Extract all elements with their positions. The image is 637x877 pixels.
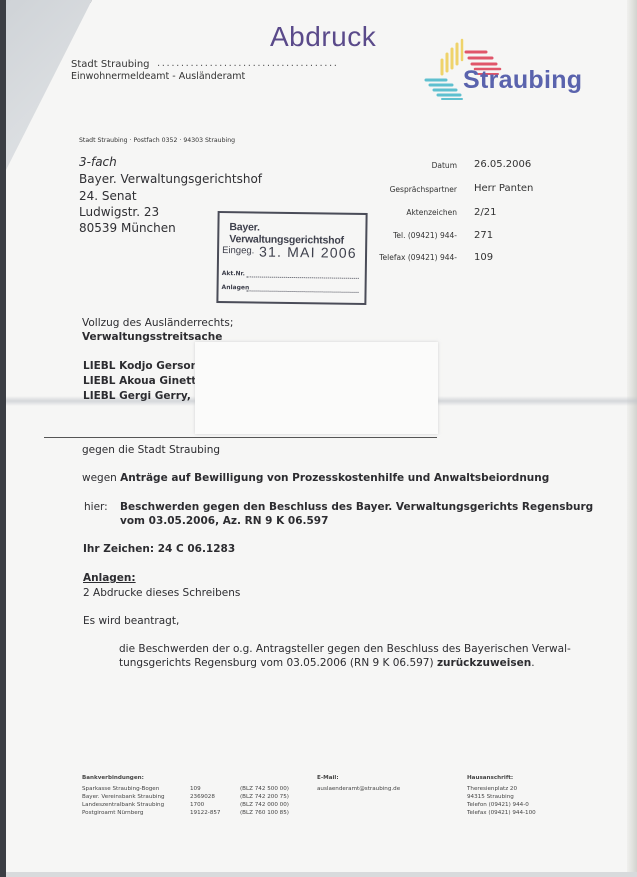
address-line: Theresienplatz 20 — [467, 785, 536, 793]
bank-name: Postgiroamt Nürnberg — [82, 809, 165, 817]
address-line: 94315 Straubing — [467, 793, 536, 801]
attachments-text: 2 Abdrucke dieses Schreibens — [83, 587, 240, 599]
bank-codes: (BLZ 742 500 00) (BLZ 742 200 75) (BLZ 7… — [240, 785, 289, 817]
hier-label: hier: — [84, 501, 108, 513]
letter-page — [6, 0, 637, 872]
abdruck-stamp: Abdruck — [270, 21, 376, 53]
bank-account: 2369028 — [190, 793, 221, 801]
info-value-contact: Herr Panten — [474, 183, 533, 194]
subject-line: Vollzug des Ausländerrechts; — [82, 317, 233, 329]
address-line: Telefax (09421) 944-100 — [467, 809, 536, 817]
attachments-label: Anlagen: — [83, 572, 136, 584]
sender-department: Einwohnermeldeamt - Ausländeramt — [71, 71, 245, 82]
bank-code: (BLZ 742 000 00) — [240, 801, 289, 809]
bank-code: (BLZ 760 100 85) — [240, 809, 289, 817]
info-value-datum: 26.05.2006 — [474, 159, 531, 170]
stamp-file-line — [247, 270, 359, 279]
email-label: E-Mail: — [317, 775, 339, 781]
bank-name: Landeszentralbank Straubing — [82, 801, 165, 809]
received-stamp: Bayer. Verwaltungsgerichtshof Eingeg. 31… — [216, 211, 367, 305]
request-decision: zurückzuweisen — [437, 657, 531, 669]
info-label-datum: Datum — [327, 161, 457, 170]
info-label-contact: Gesprächspartner — [327, 185, 457, 194]
address-line: Telefon (09421) 944-0 — [467, 801, 536, 809]
email-address: auslaenderamt@straubing.de — [317, 785, 400, 793]
bank-names: Sparkasse Straubing-Bogen Bayer. Vereins… — [82, 785, 165, 817]
sender-name: Stadt Straubing — [71, 59, 150, 70]
request-line2-text: tungsgerichts Regensburg vom 03.05.2006 … — [119, 657, 437, 669]
request-intro: Es wird beantragt, — [83, 615, 179, 627]
recipient-line: Bayer. Verwaltungsgerichtshof — [79, 172, 262, 186]
recipient-line: Ludwigstr. 23 — [79, 205, 159, 219]
bank-account: 1700 — [190, 801, 221, 809]
bank-code: (BLZ 742 200 75) — [240, 793, 289, 801]
party-name: LIEBL Akoua Ginette, — [83, 375, 207, 387]
page-edge — [627, 0, 637, 872]
bank-name: Bayer. Vereinsbank Straubing — [82, 793, 165, 801]
bank-accounts: 109 2369028 1700 19122-857 — [190, 785, 221, 817]
request-period: . — [531, 657, 534, 669]
separator-line — [44, 437, 437, 438]
recipient-line: 24. Senat — [79, 189, 137, 203]
stamp-received-label: Eingeg. — [222, 245, 254, 256]
bank-account: 19122-857 — [190, 809, 221, 817]
against-line: gegen die Stadt Straubing — [82, 444, 220, 456]
hier-text-line2: vom 03.05.2006, Az. RN 9 K 06.597 — [120, 515, 328, 527]
your-reference: Ihr Zeichen: 24 C 06.1283 — [83, 543, 235, 555]
bank-code: (BLZ 742 500 00) — [240, 785, 289, 793]
postal-return-line: Stadt Straubing · Postfach 0352 · 94303 … — [79, 137, 235, 144]
page-bottom-edge — [6, 872, 637, 877]
bank-label: Bankverbindungen: — [82, 775, 144, 781]
logo-wordmark: Straubing — [463, 66, 582, 95]
bank-account: 109 — [190, 785, 221, 793]
stamp-received-date: 31. MAI 2006 — [259, 244, 357, 261]
wegen-prefix: wegen — [82, 472, 117, 484]
request-line1: die Beschwerden der o.g. Antragsteller g… — [119, 643, 571, 655]
stamp-attachments-label: Anlagen — [222, 284, 250, 291]
scan-border — [0, 0, 6, 877]
party-name: LIEBL Kodjo Gerson, g — [83, 360, 213, 372]
recipient-line: 80539 München — [79, 221, 176, 235]
copies-note: 3-fach — [79, 155, 117, 169]
info-value-file: 2/21 — [474, 207, 496, 218]
sender-dots: ...................................... — [157, 58, 339, 69]
wegen-line: wegen Anträge auf Bewilligung von Prozes… — [82, 472, 549, 484]
info-value-fax: 109 — [474, 252, 493, 263]
wegen-text: Anträge auf Bewilligung von Prozesskoste… — [120, 472, 549, 484]
hier-text-line1: Beschwerden gegen den Beschluss des Baye… — [120, 501, 593, 513]
bank-name: Sparkasse Straubing-Bogen — [82, 785, 165, 793]
stamp-file-label: Akt.Nr. — [222, 270, 245, 277]
info-value-phone: 271 — [474, 230, 493, 241]
request-line2: tungsgerichts Regensburg vom 03.05.2006 … — [119, 657, 535, 669]
address-label: Hausanschrift: — [467, 775, 513, 781]
stamp-attachments-line — [247, 284, 359, 293]
office-address: Theresienplatz 20 94315 Straubing Telefo… — [467, 785, 536, 817]
party-name: LIEBL Gergi Gerry, ge — [83, 390, 209, 402]
redaction-patch — [195, 342, 438, 434]
